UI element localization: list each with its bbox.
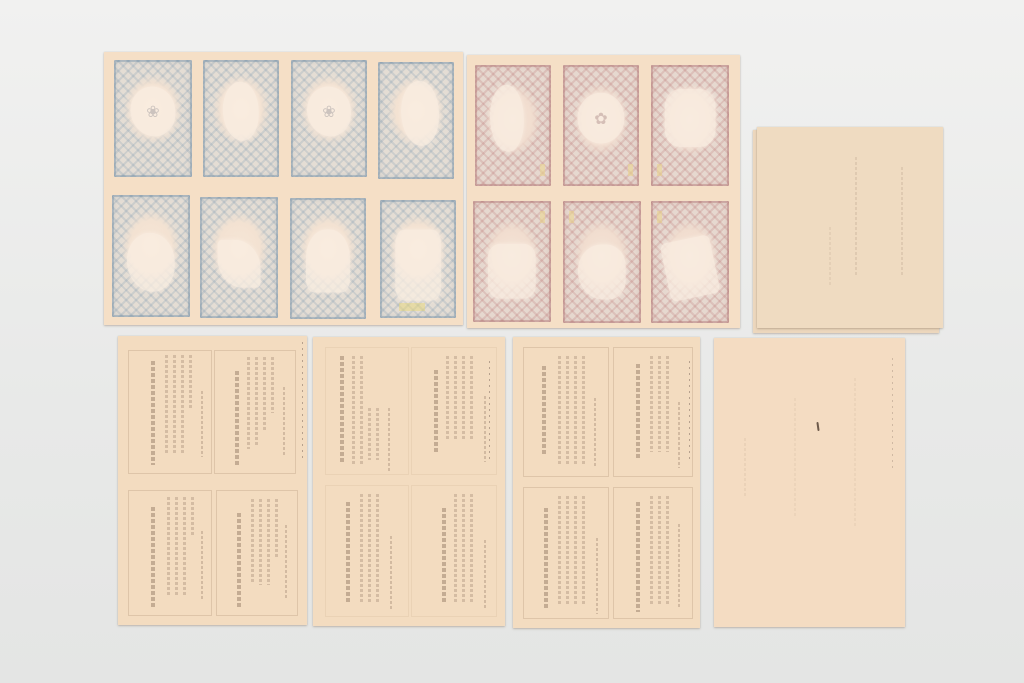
text-panel [523, 487, 609, 619]
panel-title-text [237, 513, 241, 609]
panel-body-text [462, 494, 465, 604]
bleed-through-text [855, 157, 857, 277]
panel-body-text [658, 496, 661, 606]
card-back [203, 60, 279, 177]
panel-body-text [175, 497, 178, 597]
text-panel [523, 347, 609, 477]
sheet-blue-cards: Uncut sheet, 4 columns × 2 rows of card … [104, 52, 463, 325]
panel-title-text [346, 502, 350, 602]
panel-body-text [271, 357, 274, 413]
panel-body-text [666, 356, 669, 452]
panel-body-text [251, 499, 254, 583]
text-panel [128, 490, 212, 616]
panel-body-text [376, 494, 379, 604]
panel-heading-text [484, 396, 486, 462]
chrysanthemum-crest-icon: ✿ [594, 109, 607, 128]
text-panel [216, 490, 298, 616]
panel-body-text [376, 408, 379, 460]
panel-body-text [173, 355, 176, 455]
panel-body-text [263, 357, 266, 431]
bleed-through-text [854, 378, 856, 528]
panel-heading-text [388, 408, 390, 472]
text-panel [325, 485, 409, 617]
text-panel [128, 350, 212, 474]
sheet-red-cards: Uncut sheet, 3 columns × 2 rows of card … [467, 55, 740, 328]
flower-crest-icon: ❀ [146, 102, 159, 121]
card-motif [660, 234, 721, 302]
panel-body-text [255, 357, 258, 447]
panel-heading-text [678, 402, 680, 468]
card-motif: ❀ [130, 87, 175, 136]
card-back [475, 65, 551, 186]
card-motif [127, 233, 175, 292]
panel-title-text [442, 508, 446, 604]
card-motif: ❀ [307, 87, 351, 136]
panel-body-text [582, 356, 585, 464]
sheet-text-1: Sheet with four text panels of faded ver… [118, 336, 307, 625]
panel-title-text [340, 356, 344, 462]
panel-title-text [151, 361, 155, 465]
panel-body-text [189, 355, 192, 409]
panel-body-text [582, 496, 585, 606]
card-motif [665, 89, 716, 147]
sheet-text-3: Sheet with four text panels of faded ver… [513, 337, 700, 628]
panel-title-text [151, 507, 155, 607]
text-panel [411, 485, 497, 617]
panel-body-text [165, 355, 168, 455]
card-back: ❀ [114, 60, 192, 177]
card-motif [218, 239, 261, 287]
panel-heading-text [678, 524, 680, 608]
card-back [380, 200, 456, 318]
panel-body-text [181, 355, 184, 455]
tab-mark [540, 164, 545, 176]
panel-heading-text [596, 538, 598, 614]
panel-body-text [650, 356, 653, 452]
panel-body-text [352, 356, 355, 464]
bleed-through-text [901, 167, 903, 277]
bleed-through-text [744, 438, 746, 498]
panel-body-text [167, 497, 170, 597]
card-back: ✿ [563, 65, 639, 186]
card-back [200, 197, 278, 318]
panel-title-text [636, 364, 640, 460]
card-back: ❀ [291, 60, 367, 177]
stain-mark [399, 303, 425, 311]
panel-body-text [470, 494, 473, 604]
panel-title-text [544, 508, 548, 608]
text-panel [411, 347, 497, 475]
panel-heading-text [283, 387, 285, 455]
panel-body-text [368, 408, 371, 460]
text-panel [325, 347, 409, 475]
sheet-plain-stack: Small stack of plain folded sheets with … [757, 127, 943, 328]
sheet-text-2: Sheet with four text panels of faded ver… [313, 337, 505, 626]
card-back [290, 198, 366, 319]
sheet-text-4: Nearly blank sheet with very faint bleed… [714, 338, 905, 627]
panel-body-text [650, 496, 653, 606]
panel-heading-text [484, 540, 486, 610]
panel-body-text [360, 356, 363, 464]
panel-body-text [558, 496, 561, 606]
bleed-through-text [829, 227, 831, 287]
panel-body-text [658, 356, 661, 452]
card-back [563, 201, 641, 323]
bleed-through-text [794, 398, 796, 518]
panel-heading-text [201, 531, 203, 601]
panel-body-text [666, 496, 669, 606]
card-motif [490, 85, 524, 152]
panel-heading-text [390, 536, 392, 610]
panel-body-text [454, 494, 457, 604]
card-motif [401, 81, 439, 145]
card-motif: ✿ [577, 93, 624, 144]
panel-body-text [454, 356, 457, 440]
panel-body-text [368, 494, 371, 604]
panel-body-text [574, 496, 577, 606]
tab-mark [657, 164, 662, 176]
panel-heading-text [201, 391, 203, 457]
tab-mark [657, 211, 662, 223]
panel-title-text [434, 370, 438, 454]
text-panel [214, 350, 296, 474]
panel-title-text [636, 502, 640, 612]
panel-body-text [558, 356, 561, 464]
panel-title-text [235, 371, 239, 467]
panel-body-text [446, 356, 449, 440]
card-motif [395, 229, 441, 300]
panel-body-text [360, 494, 363, 604]
card-back [651, 201, 729, 323]
card-motif [488, 244, 536, 298]
card-motif [578, 244, 626, 299]
panel-body-text [462, 356, 465, 440]
tab-mark [569, 211, 574, 223]
card-back [651, 65, 729, 186]
panel-body-text [470, 356, 473, 440]
perforation-line [892, 358, 893, 468]
panel-body-text [566, 356, 569, 464]
card-back [378, 62, 454, 179]
panel-body-text [191, 497, 194, 537]
tab-mark [628, 164, 633, 176]
panel-body-text [183, 497, 186, 597]
text-panel [613, 347, 693, 477]
panel-body-text [247, 357, 250, 449]
text-panel [613, 487, 693, 619]
panel-body-text [566, 496, 569, 606]
panel-heading-text [594, 398, 596, 468]
panel-body-text [267, 499, 270, 585]
panel-title-text [542, 366, 546, 456]
flower-icon: ❀ [322, 102, 335, 121]
ink-mark [816, 422, 819, 431]
perforation-line [302, 342, 303, 462]
panel-heading-text [285, 525, 287, 599]
panel-body-text [574, 356, 577, 464]
tab-mark [540, 211, 545, 223]
card-back [112, 195, 190, 317]
card-motif [306, 229, 350, 292]
card-back [473, 201, 551, 322]
card-motif [223, 82, 259, 141]
panel-body-text [275, 499, 278, 557]
panel-body-text [259, 499, 262, 585]
